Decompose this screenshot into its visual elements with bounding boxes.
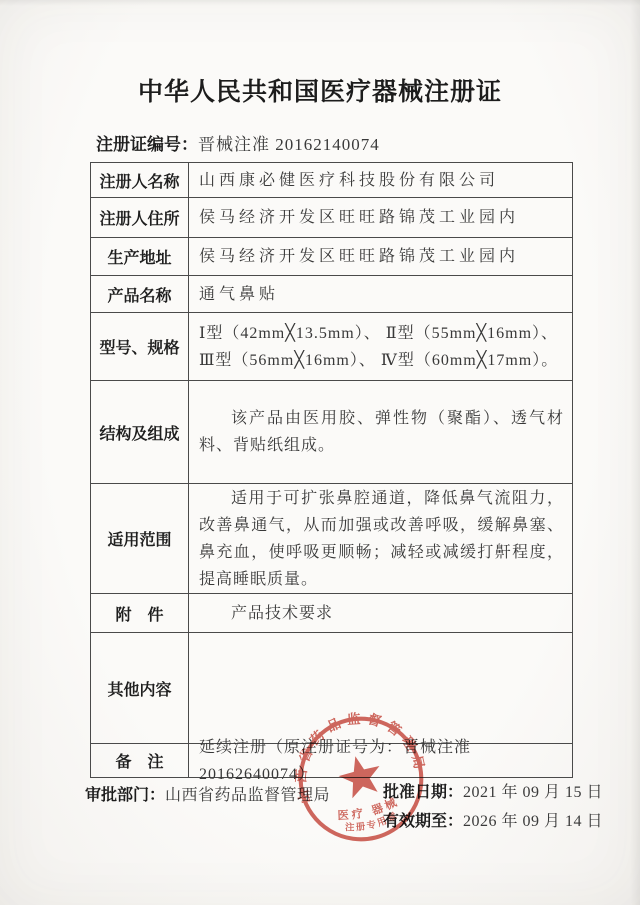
dates-block: 批准日期：2021 年 09 月 15 日 有效期至：2026 年 09 月 1… bbox=[383, 779, 603, 837]
approval-date-label: 批准日期： bbox=[383, 784, 463, 801]
table-row-attachment: 附 件 产品技术要求 bbox=[91, 594, 572, 633]
row-label: 其他内容 bbox=[91, 633, 189, 743]
row-value bbox=[189, 633, 572, 743]
row-label: 生产地址 bbox=[91, 238, 189, 275]
approval-department-label: 审批部门： bbox=[85, 787, 165, 804]
certificate-table: 注册人名称 山西康必健医疗科技股份有限公司 注册人住所 侯马经济开发区旺旺路锦茂… bbox=[90, 162, 573, 778]
row-value: 延续注册（原注册证号为：晋械注准 20162640074） bbox=[189, 744, 572, 777]
table-row-registrant-name: 注册人名称 山西康必健医疗科技股份有限公司 bbox=[91, 163, 572, 198]
table-row-production-address: 生产地址 侯马经济开发区旺旺路锦茂工业园内 bbox=[91, 238, 572, 276]
certificate-number-value: 晋械注准 20162140074 bbox=[198, 135, 380, 154]
table-row-registrant-address: 注册人住所 侯马经济开发区旺旺路锦茂工业园内 bbox=[91, 198, 572, 238]
row-value: 产品技术要求 bbox=[189, 594, 572, 632]
table-row-model-spec: 型号、规格 Ⅰ型（42mm╳13.5mm）、 Ⅱ型（55mm╳16mm）、Ⅲ型（… bbox=[91, 313, 572, 381]
row-value: 通气鼻贴 bbox=[189, 276, 572, 312]
row-label: 产品名称 bbox=[91, 276, 189, 312]
row-label: 适用范围 bbox=[91, 484, 189, 593]
row-label: 结构及组成 bbox=[91, 381, 189, 483]
row-label: 注册人住所 bbox=[91, 198, 189, 237]
approval-date-line: 批准日期：2021 年 09 月 15 日 bbox=[383, 779, 603, 802]
page-title: 中华人民共和国医疗器械注册证 bbox=[0, 72, 640, 108]
row-label: 注册人名称 bbox=[91, 163, 189, 197]
valid-until-value: 2026 年 09 月 14 日 bbox=[463, 813, 603, 830]
row-value: 侯马经济开发区旺旺路锦茂工业园内 bbox=[189, 238, 572, 275]
certificate-number-line: 注册证编号：晋械注准 20162140074 bbox=[96, 130, 380, 155]
table-row-intended-use: 适用范围 适用于可扩张鼻腔通道，降低鼻气流阻力，改善鼻通气，从而加强或改善呼吸，… bbox=[91, 484, 572, 594]
table-row-structure: 结构及组成 该产品由医用胶、弹性物（聚酯）、透气材料、背贴纸组成。 bbox=[91, 381, 572, 484]
approval-department-value: 山西省药品监督管理局 bbox=[165, 787, 330, 804]
approval-department-line: 审批部门：山西省药品监督管理局 bbox=[85, 782, 330, 805]
certificate-page: 中华人民共和国医疗器械注册证 注册证编号：晋械注准 20162140074 注册… bbox=[0, 0, 640, 905]
row-label: 型号、规格 bbox=[91, 313, 189, 380]
row-value: 适用于可扩张鼻腔通道，降低鼻气流阻力，改善鼻通气，从而加强或改善呼吸，缓解鼻塞、… bbox=[189, 484, 572, 593]
table-row-remarks: 备 注 延续注册（原注册证号为：晋械注准 20162640074） bbox=[91, 744, 572, 777]
row-value: 山西康必健医疗科技股份有限公司 bbox=[189, 163, 572, 197]
row-value: Ⅰ型（42mm╳13.5mm）、 Ⅱ型（55mm╳16mm）、Ⅲ型（56mm╳1… bbox=[189, 313, 572, 380]
row-value: 侯马经济开发区旺旺路锦茂工业园内 bbox=[189, 198, 572, 237]
valid-until-label: 有效期至： bbox=[383, 813, 463, 830]
table-row-other-content: 其他内容 bbox=[91, 633, 572, 744]
certificate-number-label: 注册证编号： bbox=[96, 135, 198, 154]
valid-until-line: 有效期至：2026 年 09 月 14 日 bbox=[383, 808, 603, 831]
row-value: 该产品由医用胶、弹性物（聚酯）、透气材料、背贴纸组成。 bbox=[189, 381, 572, 483]
table-row-product-name: 产品名称 通气鼻贴 bbox=[91, 276, 572, 313]
approval-date-value: 2021 年 09 月 15 日 bbox=[463, 784, 603, 801]
row-label: 备 注 bbox=[91, 744, 189, 777]
row-label: 附 件 bbox=[91, 594, 189, 632]
